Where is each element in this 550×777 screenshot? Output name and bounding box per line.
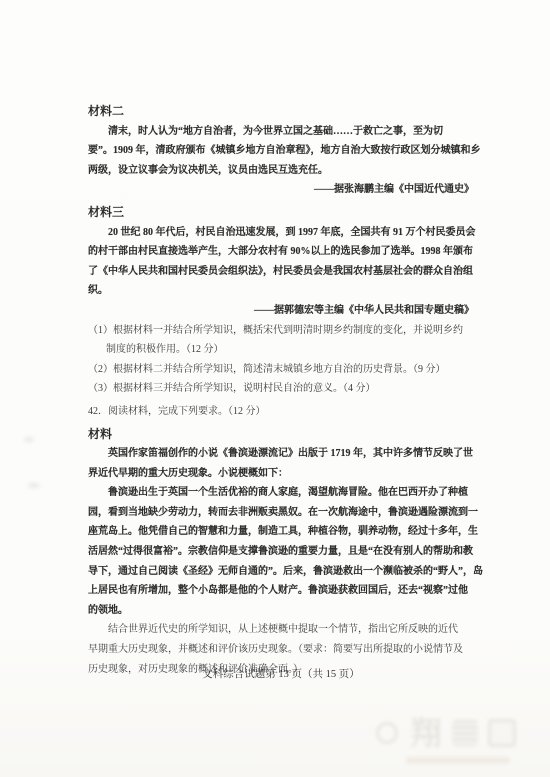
- material-2-source: ——据张海鹏主编《中国近代通史》: [88, 180, 474, 200]
- question-42: 42．阅读材料，完成下列要求。（12 分）: [88, 402, 474, 422]
- page-footer: 文科综合试题第 13 页（共 15 页）: [88, 666, 474, 681]
- scanned-exam-page: 材料二清末，时人认为“地方自治者，为今世界立国之基础……于救亡之事，至为切要”。…: [0, 0, 550, 777]
- text-line: 导下，通过自己阅读《圣经》无师自通的”。后来，鲁滨逊救出一个濒临被杀的“野人”，…: [88, 562, 474, 582]
- text-line: 清末，时人认为“地方自治者，为今世界立国之基础……于救亡之事，至为切: [88, 122, 474, 142]
- text-line: 英国作家笛福创作的小说《鲁滨逊漂流记》出版于 1719 年，其中许多情节反映了世: [88, 444, 474, 464]
- material-heading: 材料: [88, 425, 474, 445]
- material-3-source: ——据郭德宏等主编《中华人民共和国专题史稿》: [88, 301, 474, 321]
- watermark-row: 翔: [376, 713, 550, 753]
- text-line: 上居民也有所增加，整个小岛都是他的个人财产。鲁滨逊获救回国后，还去“视察”过他: [88, 581, 474, 601]
- material-3-heading: 材料三: [88, 203, 474, 223]
- text-line: 活居然“过得很富裕”。宗教信仰是支撑鲁滨逊的重要力量，且是“在没有别人的帮助和教: [88, 542, 474, 562]
- text-line: 的村干部由村民直接选举产生，大部分农村有 90%以上的选民参加了选举。1998 …: [88, 242, 474, 262]
- text-line: 早期重大历史现象，并概述和评价该历史现象。（要求：简要写出所提取的小说情节及: [88, 640, 474, 660]
- question-41-1-cont: 制度的积极作用。（12 分）: [88, 340, 474, 360]
- text-line: 鲁滨逊出生于英国一个生活优裕的商人家庭，渴望航海冒险。他在巴西开办了种植: [88, 483, 474, 503]
- scan-smudge: [28, 483, 40, 488]
- text-line: 织。: [88, 281, 474, 301]
- text-line: 座荒岛上。他凭借自己的智慧和力量，制造工具，种植谷物，驯养动物，经过十多年，生: [88, 522, 474, 542]
- text-line: 园，看到当地缺少劳动力，转而去非洲贩卖黑奴。在一次航海途中，鲁滨逊遇险漂流到一: [88, 503, 474, 523]
- question-41-3: （3）根据材料三并结合所学知识，说明村民自治的意义。（4 分）: [88, 379, 474, 399]
- watermark-character: 翔: [410, 713, 442, 753]
- watermark: 翔: [376, 713, 550, 773]
- watermark-url-blob: [406, 757, 510, 764]
- text-line: 两级，设立议事会为议决机关，议员由选民互选充任。: [88, 161, 474, 181]
- watermark-blob-icon: [452, 720, 478, 746]
- text-line: 20 世纪 80 年代后，村民自治迅速发展，到 1997 年底，全国共有 91 …: [88, 223, 474, 243]
- document-text-block: 材料二清末，时人认为“地方自治者，为今世界立国之基础……于救亡之事，至为切要”。…: [88, 99, 474, 679]
- text-line: 要”。1909 年，清政府颁布《城镇乡地方自治章程》，地方自治大致按行政区划分城…: [88, 141, 474, 161]
- text-line: 了《中华人民共和国村民委员会组织法》，村民委员会是我国农村基层社会的群众自治组: [88, 262, 474, 282]
- text-line: 的领地。: [88, 601, 474, 621]
- question-41-1: （1）根据材料一并结合所学知识，概括宋代到明清时期乡约制度的变化，并说明乡约: [88, 321, 474, 341]
- watermark-blob-icon: [488, 719, 516, 747]
- text-line: 界近代早期的重大历史现象。小说梗概如下：: [88, 464, 474, 484]
- scan-smudge: [24, 437, 34, 442]
- question-41-2: （2）根据材料二并结合所学知识，简述清末城镇乡地方自治的历史背景。（9 分）: [88, 360, 474, 380]
- question-42-task: 结合世界近代史的所学知识，从上述梗概中提取一个情节，指出它所反映的近代: [88, 620, 474, 640]
- material-2-heading: 材料二: [88, 102, 474, 122]
- watermark-logo-icon: [376, 722, 398, 744]
